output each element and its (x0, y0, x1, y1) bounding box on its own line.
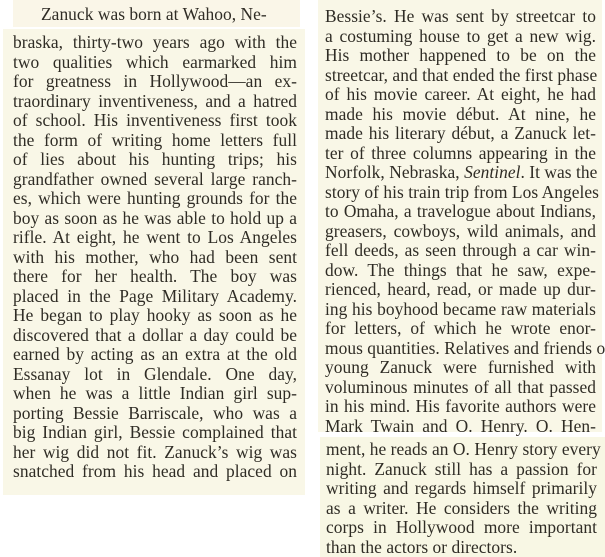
text-line: ment, he reads an O. Henry story every (326, 440, 597, 460)
left-column-main-block: braska, thirty-two years ago with the tw… (3, 29, 305, 495)
text-line: streetcar, and that ended the first phas… (325, 66, 596, 86)
text-line: grandfather owned several large ranch- (13, 170, 297, 190)
text-line: than the actors or directors. (326, 538, 597, 557)
text-line: writing and regards himself primarily (326, 479, 597, 499)
text-line: mous quantities. Relatives and friends o… (325, 339, 596, 359)
text-line: a costuming house to get a new wig. (325, 27, 596, 47)
text-line: fell deeds, as seen through a car win- (325, 241, 596, 261)
text-line: traordinary inventiveness, and a hatred (13, 92, 297, 112)
text-line: discovered that a dollar a day could be (13, 326, 297, 346)
text-line: es, which were hunting grounds for the (13, 189, 297, 209)
text-line: rifle. At eight, he went to Los Angeles (13, 228, 297, 248)
sentinel-suffix: . It was the (521, 162, 598, 182)
right-column-main-block: Bessie’s. He was sent by streetcar to a … (318, 0, 602, 432)
text-line: greasers, cowboys, wild animals, and (325, 222, 596, 242)
sentinel-newspaper-title: Sentinel (464, 162, 520, 182)
text-line: earned by acting as an extra at the old (13, 345, 297, 365)
text-line: His mother happened to be on the (325, 46, 596, 66)
text-line: Zanuck was born at Wahoo, Ne- (19, 5, 294, 25)
text-line: story of his train trip from Los Angeles (325, 183, 596, 203)
text-line: made his literary début, a Zanuck let- (325, 124, 596, 144)
text-line: made his movie début. At nine, he (325, 105, 596, 125)
text-line: porting Bessie Barriscale, who was a (13, 404, 297, 424)
text-line: snatched from his head and placed on (13, 462, 297, 482)
sentinel-prefix: Norfolk, Nebraska, (325, 162, 464, 182)
text-line: with his mother, who had been sent (13, 248, 297, 268)
text-line: of his movie career. At eight, he had (325, 85, 596, 105)
text-line: there for her health. The boy was (13, 267, 297, 287)
text-line: big Indian girl, Bessie complained that (13, 423, 297, 443)
right-column-lower-block: ment, he reads an O. Henry story every n… (320, 437, 605, 557)
text-line: the form of writing home letters full (13, 131, 297, 151)
text-line: young Zanuck were furnished with (325, 358, 596, 378)
text-line: of school. His inventiveness first took (13, 111, 297, 131)
text-line: Mark Twain and O. Henry. O. Hen- (325, 417, 596, 437)
text-line: of lies about his hunting trips; his (13, 150, 297, 170)
text-line-sentinel: Norfolk, Nebraska, Sentinel. It was the (325, 163, 596, 183)
text-line: braska, thirty-two years ago with the (13, 33, 297, 53)
text-line: dow. The things that he saw, expe- (325, 261, 596, 281)
text-line: ter of three columns appearing in the (325, 144, 596, 164)
text-line: He began to play hooky as soon as he (13, 306, 297, 326)
text-line: corps in Hollywood more important (326, 518, 597, 538)
text-line: for greatness in Hollywood—an ex- (13, 72, 297, 92)
text-line: boy as soon as he was able to hold up a (13, 209, 297, 229)
text-line: Bessie’s. He was sent by streetcar to (325, 7, 596, 27)
text-line: as a writer. He considers the writing (326, 499, 597, 519)
text-line: night. Zanuck still has a passion for (326, 460, 597, 480)
left-column-top-strip: Zanuck was born at Wahoo, Ne- (13, 0, 300, 27)
text-line: Essanay lot in Glendale. One day, (13, 365, 297, 385)
text-line: in his mind. His favorite authors were (325, 397, 596, 417)
text-line: to Omaha, a travelogue about Indians, (325, 202, 596, 222)
text-line: rienced, heard, read, or made up dur- (325, 280, 596, 300)
text-line: for letters, of which he wrote enor- (325, 319, 596, 339)
text-line: ing his boyhood became raw materials (325, 300, 596, 320)
text-line: voluminous minutes of all that passed (325, 378, 596, 398)
text-line: two qualities which earmarked him (13, 53, 297, 73)
text-line: placed in the Page Military Academy. (13, 287, 297, 307)
text-line: when he was a little Indian girl sup- (13, 384, 297, 404)
text-line: her wig did not fit. Zanuck’s wig was (13, 443, 297, 463)
